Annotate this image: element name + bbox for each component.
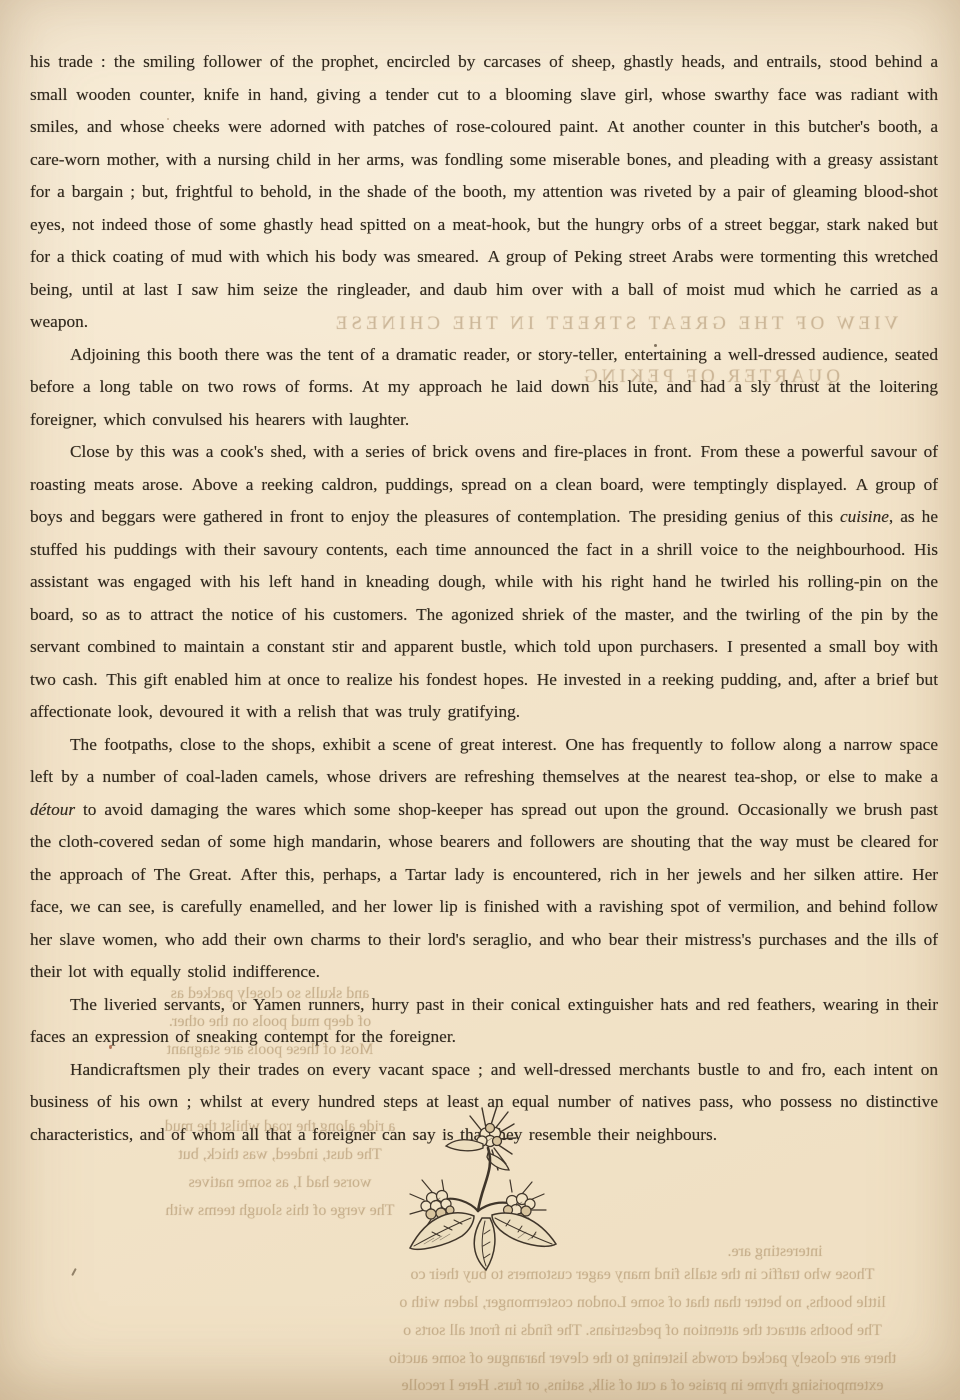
raspberry-sprig-engraving [398, 1098, 563, 1273]
text-segment: his trade : the smiling follower of the … [30, 52, 938, 331]
text-segment: The liveried servants, or Yamen runners,… [30, 995, 938, 1047]
text-segment: Close by this was a cook's shed, with a … [30, 442, 938, 526]
book-page: VIEW OF THE GREAT STREET IN THE CHINESEQ… [0, 0, 960, 1400]
paragraph: his trade : the smiling follower of the … [30, 46, 938, 339]
paragraph: The liveried servants, or Yamen runners,… [30, 989, 938, 1054]
show-through-line: there are closely packed crowds listenin… [330, 1350, 955, 1368]
paragraph: Close by this was a cook's shed, with a … [30, 436, 938, 729]
text-segment: Adjoining this booth there was the tent … [30, 345, 938, 429]
text-segment: to avoid damaging the wares which some s… [30, 800, 938, 982]
paper-speck [489, 1008, 491, 1010]
paper-speck [167, 118, 169, 120]
text-segment: The footpaths, close to the shops, exhib… [30, 735, 938, 787]
paper-speck [654, 344, 657, 347]
show-through-line: extemporising rhyme in praise of a cut o… [330, 1377, 955, 1395]
tailpiece-ornament [398, 1098, 563, 1273]
paper-speck [71, 1268, 77, 1276]
paper-speck [109, 1045, 112, 1049]
show-through-line: little booths, no better than that of so… [330, 1294, 955, 1312]
show-through-line: interesting are. [600, 1243, 950, 1261]
text-block: his trade : the smiling follower of the … [30, 46, 938, 1151]
paragraph: The footpaths, close to the shops, exhib… [30, 729, 938, 989]
text-segment: , as he stuffed his puddings with their … [30, 507, 938, 721]
italic-phrase: détour [30, 800, 75, 819]
paragraph: Adjoining this booth there was the tent … [30, 339, 938, 437]
show-through-line: The booths attract the attention of pede… [330, 1322, 955, 1340]
italic-phrase: cuisine [840, 507, 889, 526]
